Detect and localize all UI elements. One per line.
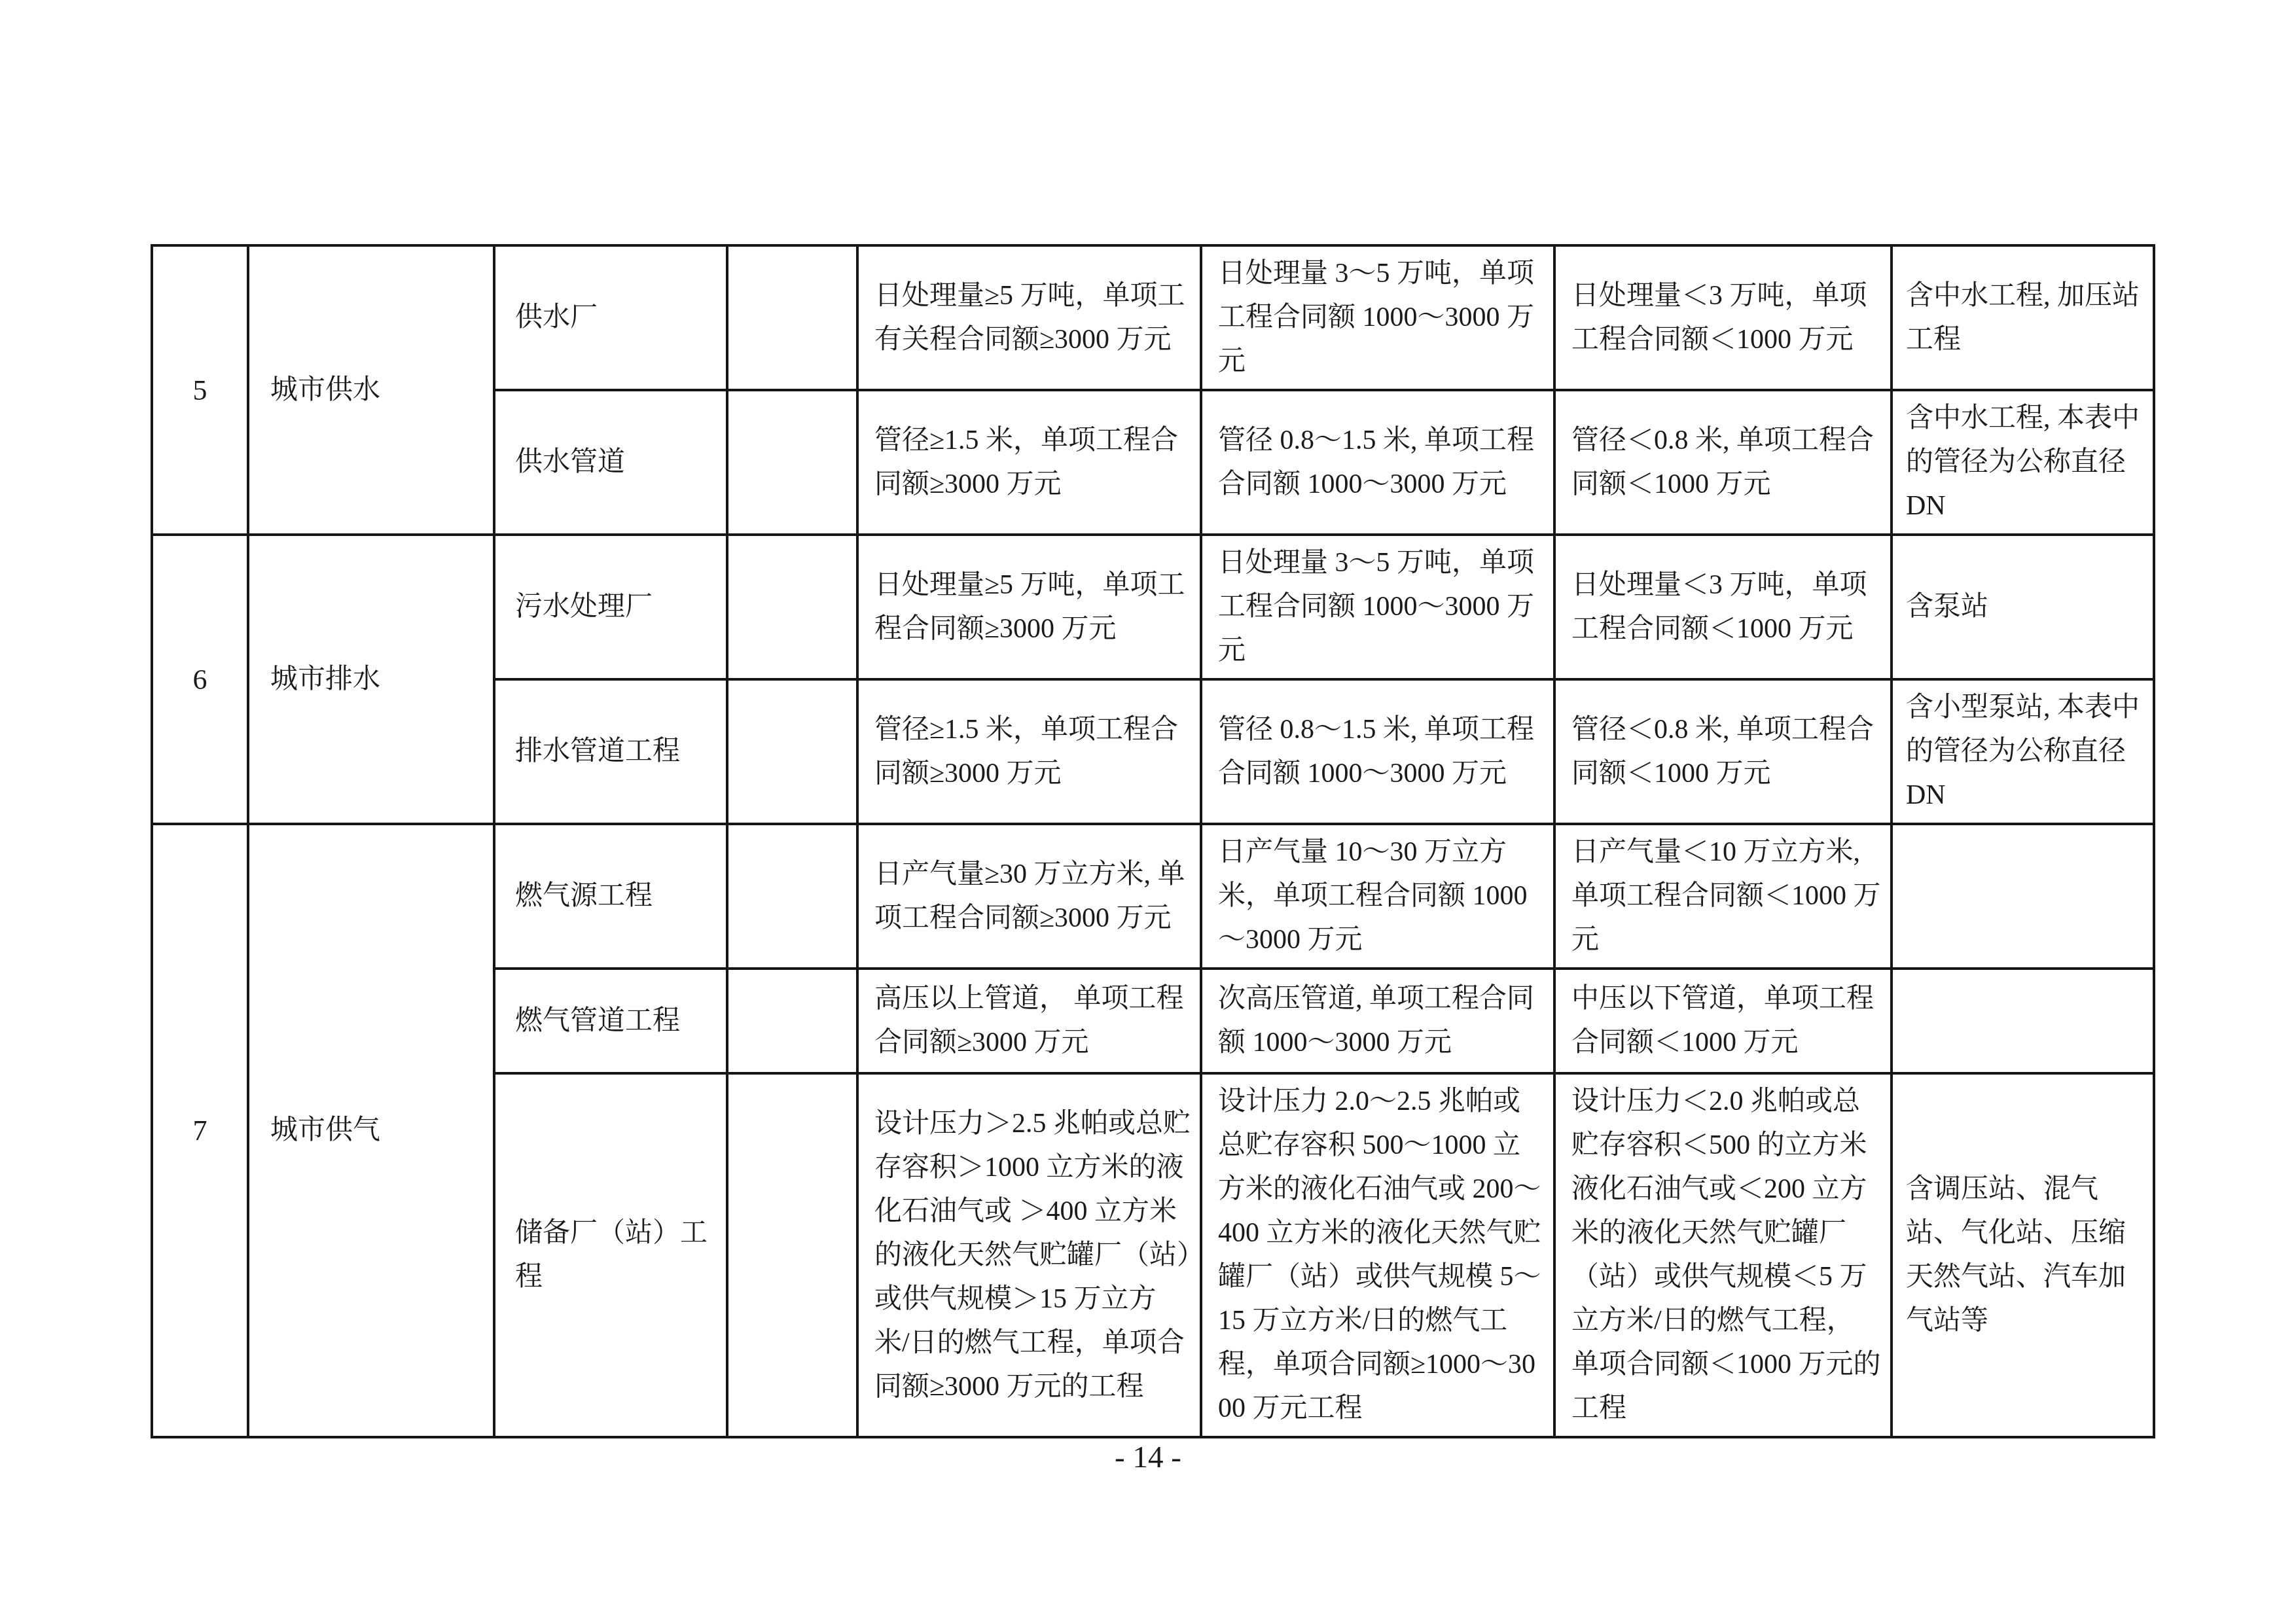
grade2-cell: 日处理量 3～5 万吨，单项工程合同额 1000～3000 万元 bbox=[1201, 535, 1554, 679]
item-cell: 供水厂 bbox=[494, 245, 727, 390]
item-cell: 排水管道工程 bbox=[494, 679, 727, 824]
spacer-cell bbox=[727, 245, 857, 390]
group-number-cell: 6 bbox=[152, 535, 248, 824]
grade1-cell: 日处理量≥5 万吨，单项工有关程合同额≥3000 万元 bbox=[857, 245, 1201, 390]
grade3-cell: 日产气量＜10 万立方米, 单项工程合同额＜1000 万元 bbox=[1554, 824, 1892, 969]
spacer-cell bbox=[727, 824, 857, 969]
grade3-cell: 日处理量＜3 万吨，单项工程合同额＜1000 万元 bbox=[1554, 535, 1892, 679]
category-cell: 城市排水 bbox=[248, 535, 494, 824]
grade1-cell: 日产气量≥30 万立方米, 单项工程合同额≥3000 万元 bbox=[857, 824, 1201, 969]
grade2-cell: 管径 0.8～1.5 米, 单项工程合同额 1000～3000 万元 bbox=[1201, 390, 1554, 535]
grade2-cell: 设计压力 2.0～2.5 兆帕或总贮存容积 500～1000 立方米的液化石油气… bbox=[1201, 1073, 1554, 1437]
group-number-cell: 5 bbox=[152, 245, 248, 535]
grade2-cell: 管径 0.8～1.5 米, 单项工程合同额 1000～3000 万元 bbox=[1201, 679, 1554, 824]
note-cell: 含调压站、混气站、气化站、压缩天然气站、汽车加气站等 bbox=[1892, 1073, 2154, 1437]
category-cell: 城市供水 bbox=[248, 245, 494, 535]
table-row: 6 城市排水 污水处理厂 日处理量≥5 万吨，单项工程合同额≥3000 万元 日… bbox=[152, 535, 2154, 679]
grade3-cell: 设计压力＜2.0 兆帕或总贮存容积＜500 的立方米液化石油气或＜200 立方米… bbox=[1554, 1073, 1892, 1437]
note-cell bbox=[1892, 824, 2154, 969]
grade1-cell: 管径≥1.5 米，单项工程合同额≥3000 万元 bbox=[857, 679, 1201, 824]
note-cell bbox=[1892, 969, 2154, 1073]
spacer-cell bbox=[727, 390, 857, 535]
grade3-cell: 中压以下管道，单项工程合同额＜1000 万元 bbox=[1554, 969, 1892, 1073]
grade2-cell: 次高压管道, 单项工程合同额 1000～3000 万元 bbox=[1201, 969, 1554, 1073]
spacer-cell bbox=[727, 679, 857, 824]
qualification-grade-table: 5 城市供水 供水厂 日处理量≥5 万吨，单项工有关程合同额≥3000 万元 日… bbox=[151, 244, 2155, 1438]
item-cell: 供水管道 bbox=[494, 390, 727, 535]
grade1-cell: 高压以上管道， 单项工程合同额≥3000 万元 bbox=[857, 969, 1201, 1073]
item-cell: 污水处理厂 bbox=[494, 535, 727, 679]
spacer-cell bbox=[727, 1073, 857, 1437]
grade3-cell: 管径＜0.8 米, 单项工程合同额＜1000 万元 bbox=[1554, 679, 1892, 824]
group-number-cell: 7 bbox=[152, 824, 248, 1437]
grade1-cell: 设计压力＞2.5 兆帕或总贮存容积＞1000 立方米的液化石油气或 ＞400 立… bbox=[857, 1073, 1201, 1437]
item-cell: 储备厂（站）工程 bbox=[494, 1073, 727, 1437]
note-cell: 含中水工程, 加压站工程 bbox=[1892, 245, 2154, 390]
item-cell: 燃气管道工程 bbox=[494, 969, 727, 1073]
grade2-cell: 日产气量 10～30 万立方米，单项工程合同额 1000～3000 万元 bbox=[1201, 824, 1554, 969]
spacer-cell bbox=[727, 969, 857, 1073]
spacer-cell bbox=[727, 535, 857, 679]
category-cell: 城市供气 bbox=[248, 824, 494, 1437]
table-row: 5 城市供水 供水厂 日处理量≥5 万吨，单项工有关程合同额≥3000 万元 日… bbox=[152, 245, 2154, 390]
grade1-cell: 管径≥1.5 米，单项工程合同额≥3000 万元 bbox=[857, 390, 1201, 535]
page-number: - 14 - bbox=[0, 1440, 2296, 1475]
grade3-cell: 管径＜0.8 米, 单项工程合同额＜1000 万元 bbox=[1554, 390, 1892, 535]
grade1-cell: 日处理量≥5 万吨，单项工程合同额≥3000 万元 bbox=[857, 535, 1201, 679]
table-row: 7 城市供气 燃气源工程 日产气量≥30 万立方米, 单项工程合同额≥3000 … bbox=[152, 824, 2154, 969]
note-cell: 含中水工程, 本表中的管径为公称直径 DN bbox=[1892, 390, 2154, 535]
grade3-cell: 日处理量＜3 万吨，单项工程合同额＜1000 万元 bbox=[1554, 245, 1892, 390]
note-cell: 含泵站 bbox=[1892, 535, 2154, 679]
note-cell: 含小型泵站, 本表中的管径为公称直径 DN bbox=[1892, 679, 2154, 824]
item-cell: 燃气源工程 bbox=[494, 824, 727, 969]
grade2-cell: 日处理量 3～5 万吨，单项工程合同额 1000～3000 万元 bbox=[1201, 245, 1554, 390]
